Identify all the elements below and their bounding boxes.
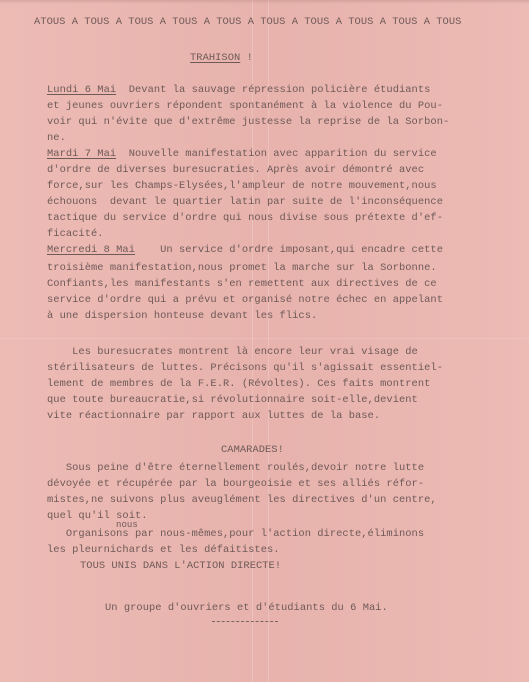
title-text: TRAHISON (190, 52, 240, 64)
analysis-line-2: stérilisateurs de luttes. Précisons qu'i… (47, 360, 443, 376)
section-mardi-line-3: force,sur les Champs-Elysées,l'ampleur d… (47, 178, 437, 194)
appeal-heading: CAMARADES! (221, 442, 284, 458)
section-lundi-line-2: et jeunes ouvriers répondent spontanémen… (47, 98, 443, 114)
section-lundi-line-1: Lundi 6 Mai Devant la sauvage répression… (47, 82, 430, 98)
section-mardi-line-4: échouons devant le quartier latin par su… (47, 194, 443, 210)
appeal-line-6: les pleurnichards et les défaitistes. (47, 542, 280, 558)
typewritten-tract: ATOUS A TOUS A TOUS A TOUS A TOUS A TOUS… (0, 0, 529, 682)
section-mercredi-line-4: service d'ordre qui a prévu et organisé … (47, 292, 443, 308)
section-date: Mardi 7 Mai (47, 148, 116, 160)
section-lundi-line-3: voir qui n'évite que d'extrême justesse … (47, 114, 449, 130)
section-date: Mercredi 8 Mai (47, 244, 135, 256)
paper-crease (0, 338, 529, 339)
closing-rule (212, 621, 278, 622)
section-mercredi-line-2: troisième manifestation,nous promet la m… (47, 260, 437, 276)
section-date: Lundi 6 Mai (47, 84, 116, 96)
banner-line: ATOUS A TOUS A TOUS A TOUS A TOUS A TOUS… (34, 14, 461, 30)
section-lundi-line-4: ne. (47, 130, 66, 146)
signature: Un groupe d'ouvriers et d'étudiants du 6… (105, 600, 388, 616)
section-mardi-line-6: ficacité. (47, 226, 104, 242)
title-exclamation: ! (240, 52, 253, 64)
section-mercredi-line-5: à une dispersion honteuse devant les fli… (47, 308, 317, 324)
section-mardi-line-1: Mardi 7 Mai Nouvelle manifestation avec … (47, 146, 437, 162)
analysis-line-5: vite réactionnaire par rapport aux lutte… (47, 408, 380, 424)
analysis-line-4: que toute bureaucratie,si révolutionnair… (47, 392, 418, 408)
appeal-line-5: Organisons par nous-mêmes,pour l'action … (47, 526, 424, 542)
appeal-line-1: Sous peine d'être éternellement roulés,d… (47, 460, 424, 476)
analysis-line-3: lement de membres de la F.E.R. (Révoltes… (47, 376, 430, 392)
section-mardi-line-5: tactique du service d'ordre qui nous div… (47, 210, 443, 226)
section-mardi-line-2: d'ordre de diverses buresucraties. Après… (47, 162, 424, 178)
section-mercredi-line-1: Mercredi 8 Mai Un service d'ordre imposa… (47, 242, 443, 258)
appeal-line-2: dévoyée et récupérée par la bourgeoisie … (47, 476, 424, 492)
section-mercredi-line-3: Confiants,les manifestants s'en remetten… (47, 276, 437, 292)
appeal-slogan: TOUS UNIS DANS L'ACTION DIRECTE! (80, 558, 281, 574)
appeal-line-3: mistes,ne suivons plus aveuglément les d… (47, 492, 437, 508)
page-title: TRAHISON ! (190, 50, 253, 66)
analysis-line-1: Les buresucrates montrent là encore leur… (47, 344, 418, 360)
